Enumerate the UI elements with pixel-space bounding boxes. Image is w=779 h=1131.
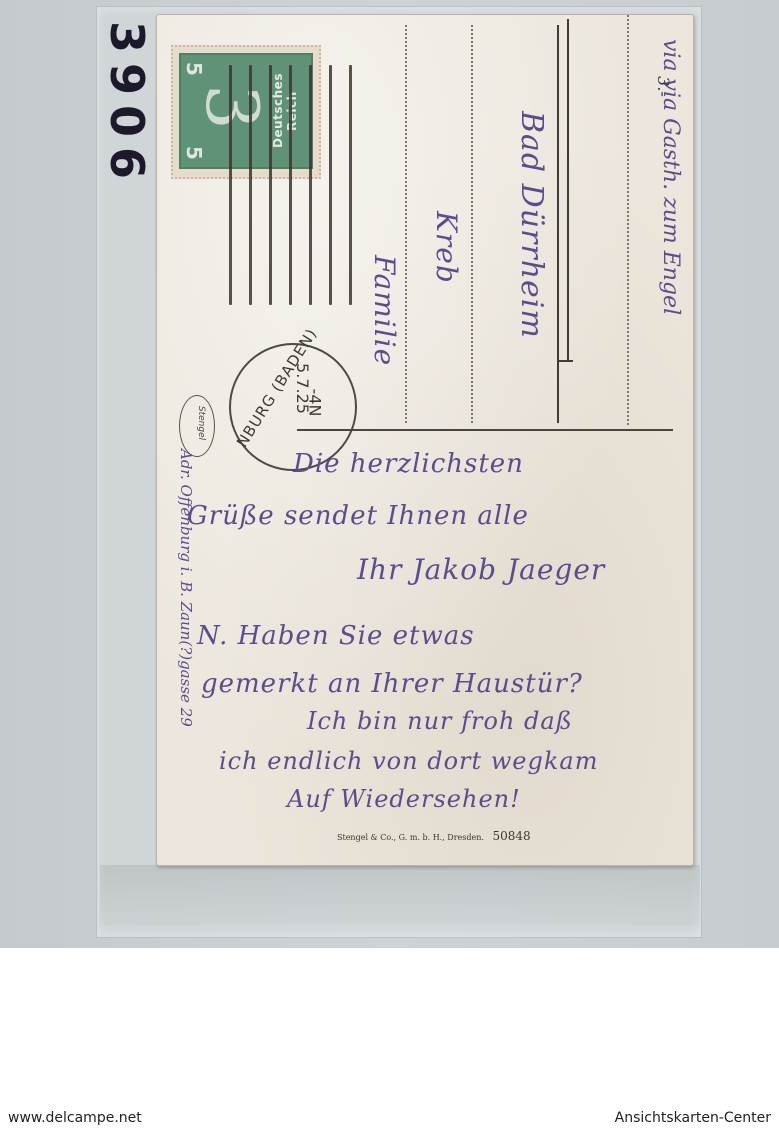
address-line-3: Bad Dürrheim — [514, 111, 549, 339]
address-line — [557, 25, 559, 423]
address-underline — [559, 360, 573, 362]
stock-number: 3906 — [104, 14, 150, 184]
stock-number-digit: 3 — [104, 14, 150, 60]
message-line-6: Ich bin nur froh daß — [307, 707, 573, 735]
stock-number-digit: 9 — [104, 56, 150, 102]
message-line-5: gemerkt an Ihrer Haustür? — [201, 669, 583, 699]
stamp-value: 5 — [182, 62, 206, 76]
seller-watermark: Ansichtskarten-Center — [615, 1110, 771, 1126]
stock-number-digit: 6 — [104, 140, 150, 186]
card-divider — [297, 429, 673, 431]
imprint-text: Stengel & Co., G. m. b. H., Dresden. — [337, 833, 484, 842]
address-line — [405, 25, 407, 423]
margin-note: Adr. Offenburg i. B. Zaun(?)gasse 29 — [177, 449, 195, 727]
publisher-imprint: Stengel & Co., G. m. b. H., Dresden. 508… — [337, 829, 531, 843]
message-line-1: Die herzlichsten — [293, 449, 524, 479]
stock-number-digit: 0 — [104, 98, 150, 144]
postcard-back: 5 5 3 Deutsches Reich NBURG (BADEN) 5.7.… — [156, 14, 694, 866]
message-line-8: Auf Wiedersehen! — [287, 785, 521, 813]
message-line-7: ich endlich von dort wegkam — [219, 747, 598, 775]
scan-background: 3906 5 5 3 Deutsches Reich NBURG (BADEN)… — [0, 0, 779, 948]
message-line-4: N. Haben Sie etwas — [197, 621, 475, 651]
address-line — [471, 25, 473, 423]
watermark-footer: www.delcampe.net Ansichtskarten-Center — [0, 1110, 779, 1130]
pencil-price: 3.- — [654, 76, 673, 97]
publisher-logo-text: Stengel — [196, 406, 206, 440]
address-line-2: Kreb — [430, 211, 463, 284]
address-line — [627, 15, 629, 425]
stamp-value: 5 — [182, 146, 206, 160]
postmark-time: -4N — [305, 389, 324, 417]
address-line — [567, 19, 569, 361]
address-line-1: Familie — [368, 255, 401, 366]
publisher-logo: Stengel — [179, 395, 215, 457]
message-line-2: Grüße sendet Ihnen alle — [187, 501, 529, 531]
cancellation-lines — [229, 65, 359, 305]
delcampe-watermark: www.delcampe.net — [8, 1110, 142, 1126]
card-number: 50848 — [492, 829, 530, 843]
message-line-3: Ihr Jakob Jaeger — [357, 553, 605, 586]
sleeve-shadow — [100, 865, 700, 925]
